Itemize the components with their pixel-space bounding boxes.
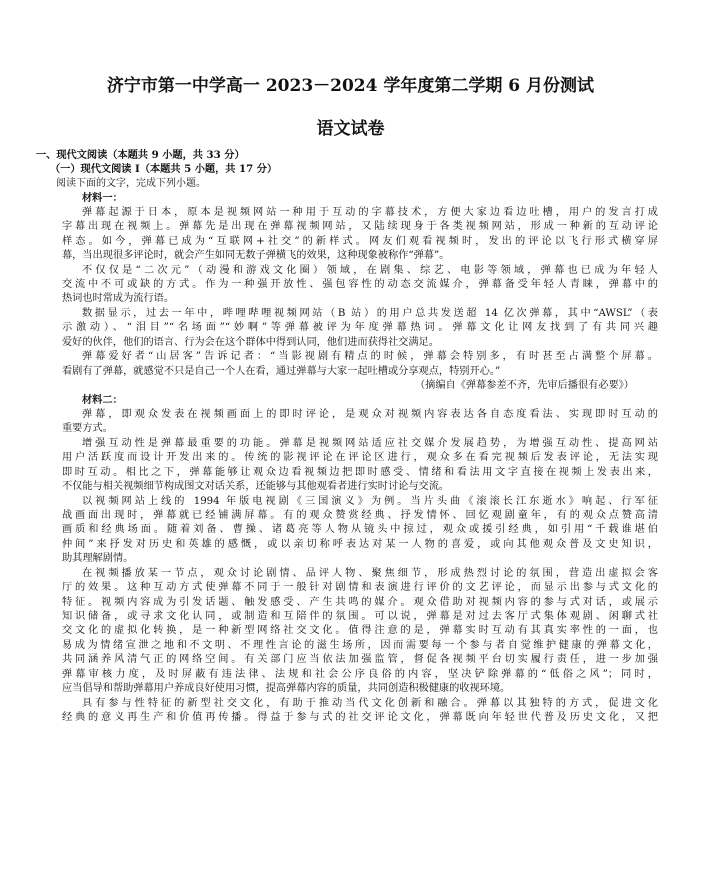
- paragraph-line: 弹幕审核力度，及时屏蔽有违法律、法规和社会公序良俗的内容，坚决铲除弹幕的“低俗之…: [62, 668, 658, 682]
- paragraph-line: 示激动）、“泪目”“名场面”“妙啊”等弹幕被评为年度弹幕热词。弹幕文化让网友找到…: [62, 321, 658, 335]
- paragraph-line: 以视频网站上线的 1994 年版电视剧《三国演义》为例。当片头曲《滚滚长江东逝水…: [62, 495, 658, 509]
- paragraph-line: 经典的意义再生产和价值再传播。得益于参与式的社交评论文化，弹幕既向年轻世代普及历…: [62, 711, 658, 725]
- paragraph-line: 样态。如今，弹幕已成为“互联网+社交”的新样式。网友们观看视频时，发出的评论以飞…: [62, 235, 658, 249]
- paragraph-line: 数据显示，过去一年中，哔哩哔哩视频网站（B 站）的用户总共发送超 14 亿次弹幕…: [62, 307, 658, 321]
- material-one-label: 材料一：: [82, 191, 658, 205]
- paragraph-line: 应当倡导和帮助弹幕用户养成良好使用习惯，提高弹幕内容的质量，共同创造积极健康的收…: [62, 682, 658, 696]
- exam-title: 济宁市第一中学高一 2023－2024 学年度第二学期 6 月份测试: [0, 71, 701, 96]
- paragraph-line: 画质和经典场面。随着刘备、曹操、诸葛亮等人物从镜头中掠过，观众或援引经典，如引用…: [62, 523, 658, 537]
- paragraph-line: 不仅能与相关视频细节构成图文对话关系，还能够与其他观看者进行实时讨论与交流。: [62, 480, 658, 494]
- paragraph-line: 易成为情绪宣泄之地和不文明、不理性言论的滋生场所，因而需要每一个参与者自觉维护健…: [62, 639, 658, 653]
- section-heading: 一、现代文阅读（本题共 9 小题，共 33 分）: [36, 148, 658, 162]
- paragraph-line: 弹幕起源于日本，原本是视频网站一种用于互动的字幕技术，方便大家边看边吐槽，用户的…: [62, 206, 658, 220]
- paragraph-line: 仲间”来抒发对历史和英雄的感慨，或以亲切称呼表达对某一人物的喜爱，或向其他观众普…: [62, 538, 658, 552]
- paragraph-line: 具有参与性特征的新型社交文化，有助于推动当代文化创新和融合。弹幕以其独特的方式，…: [62, 697, 658, 711]
- paragraph-line: 弹幕爱好者“山居客”告诉记者：“当影视剧有精点的时候，弹幕会特别多，有时甚至占满…: [62, 350, 658, 364]
- paragraph-line: 字幕出现在视频上。弹幕先是出现在弹幕视频网站，又陆续现身于各类视频网站，形成一种…: [62, 220, 658, 234]
- paragraph-line: 即时互动。相比之下，弹幕能够让观众边看视频边把即时感受、情绪和看法用文字直接在视…: [62, 466, 658, 480]
- paragraph-line: 弹幕，即观众发表在视频画面上的即时评论，是观众对视频内容表达各自态度看法、实现即…: [62, 408, 658, 422]
- exam-subtitle: 语文试卷: [0, 114, 701, 139]
- paragraph-line: 爱好的伙伴，他们的语言、行为会在这个群体中得到认同，他们进而获得社交满足。: [62, 336, 658, 350]
- paragraph-line: 厅的效果。这种互动方式使弹幕不同于一般针对剧情和表演进行评价的文艺评论，而显示出…: [62, 581, 658, 595]
- paragraph-line: 用户活跃度而设计开发出来的。传统的影视评论在评论区进行，观众多在看完视频后发表评…: [62, 451, 658, 465]
- paragraph-line: 看剧有了弹幕，就感觉不只是自己一个人在看，通过弹幕与大家一起吐槽或分享观点，特别…: [62, 365, 658, 379]
- source-citation: （摘编自《弹幕参差不齐，先审后播很有必要》）: [62, 379, 658, 393]
- subsection-heading: （一）现代文阅读 I（本题共 5 小题，共 17 分）: [50, 162, 658, 176]
- material-two-label: 材料二：: [82, 393, 658, 407]
- paragraph-line: 助其理解剧情。: [62, 552, 658, 566]
- paragraph-line: 在视频播放某一节点，观众讨论剧情、品评人物、聚焦细节，形成热烈讨论的氛围，营造出…: [62, 567, 658, 581]
- paragraph-line: 知识储备，或寻求文化认同，或制造和互陪伴的氛围。可以说，弹幕是对过去客厅式集体观…: [62, 610, 658, 624]
- paragraph-line: 增强互动性是弹幕最重要的功能。弹幕是视频网站适应社交媒介发展趋势，为增强互动性、…: [62, 437, 658, 451]
- paragraph-line: 重要方式。: [62, 422, 658, 436]
- paragraph-line: 交文化的虚拟化转换，是一种新型网络社交文化。值得注意的是，弹幕实时互动有其真实率…: [62, 624, 658, 638]
- paragraph-line: 幕，当出现很多评论时，就会产生如同无数子弹横飞的效果，这种现象被称作“弹幕”。: [62, 249, 658, 263]
- paragraph-line: 特征。视频内容成为引发话题、触发感受、产生共鸣的媒介。观众借助对视频内容的参与式…: [62, 596, 658, 610]
- paragraph-line: 热词也时常成为流行语。: [62, 292, 658, 306]
- exam-body: 一、现代文阅读（本题共 9 小题，共 33 分） （一）现代文阅读 I（本题共 …: [62, 148, 658, 726]
- paragraph-line: 战画面出现时，弹幕就已经铺满屏幕。有的观众赞赏经典、抒发情怀、回忆观剧童年，有的…: [62, 509, 658, 523]
- paragraph-line: 不仅仅是“二次元”（动漫和游戏文化圈）领域，在剧集、综艺、电影等领域，弹幕也已成…: [62, 264, 658, 278]
- paragraph-line: 共同涵养风清气正的网络空间。有关部门应当依法加强监管，督促各视频平台切实履行责任…: [62, 653, 658, 667]
- reading-instruction: 阅读下面的文字，完成下列小题。: [56, 177, 658, 191]
- exam-page: 济宁市第一中学高一 2023－2024 学年度第二学期 6 月份测试 语文试卷 …: [0, 0, 701, 877]
- paragraph-line: 交流中不可或缺的方式。作为一种强开放性、强包容性的动态交流媒介，弹幕备受年轻人青…: [62, 278, 658, 292]
